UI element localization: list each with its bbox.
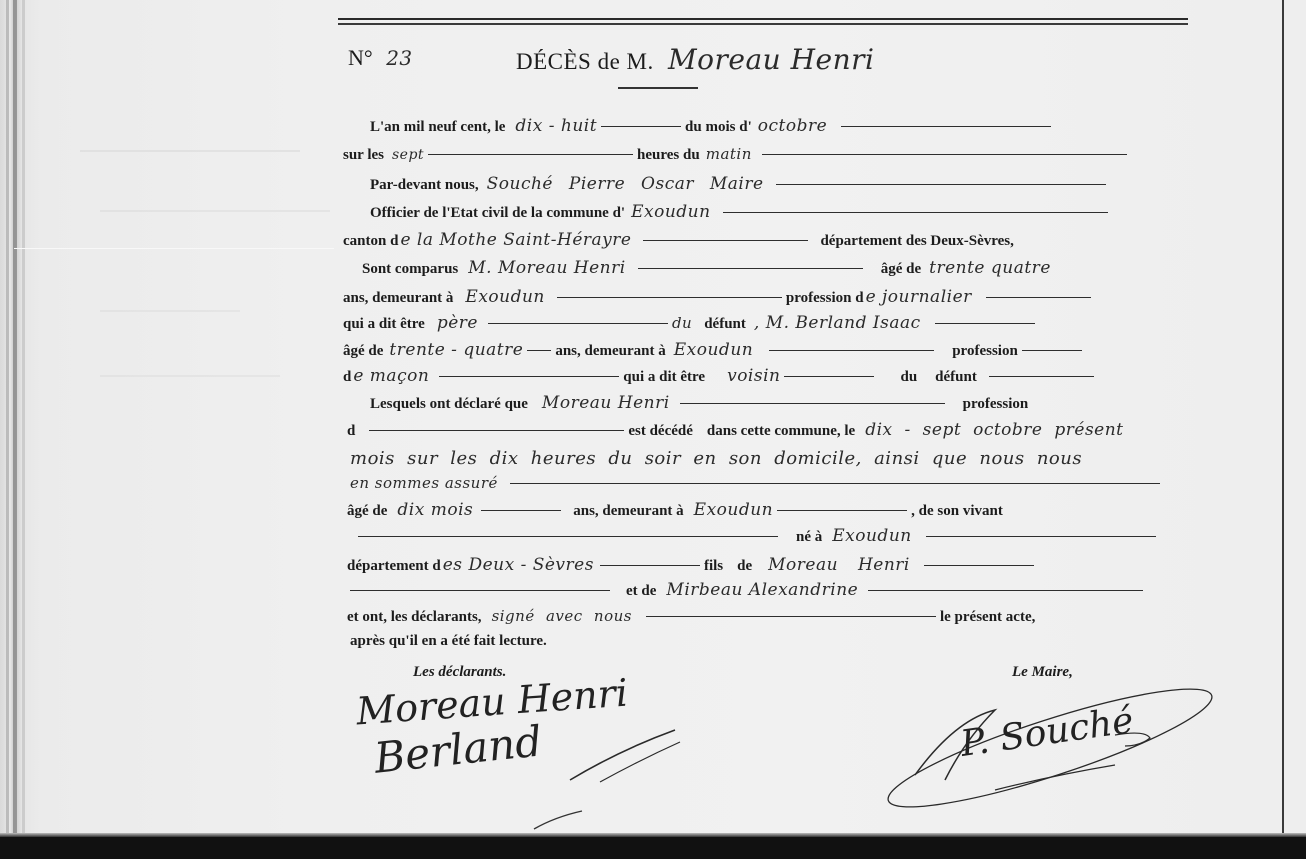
deceased-name: Moreau Henri — [668, 43, 874, 76]
form-line: qui a dit être père du défunt , M. Berla… — [343, 313, 1039, 333]
handwritten-day: dix - huit — [515, 116, 597, 136]
printed-text: qui a dit être — [623, 369, 705, 386]
signature-flourish — [530, 805, 590, 835]
handwritten-residence: Exoudun — [465, 287, 544, 307]
printed-text: qui a dit être — [343, 316, 425, 333]
printed-text: sur les — [343, 147, 384, 164]
printed-text: d — [343, 369, 351, 386]
printed-text: défunt — [935, 369, 977, 386]
form-line: et de Mirbeau Alexandrine — [350, 580, 1147, 600]
printed-text: L'an mil neuf cent, le — [370, 119, 505, 136]
form-line: département d es Deux - Sèvres fils de M… — [347, 555, 1038, 575]
printed-text: Lesquels ont déclaré que — [370, 396, 528, 413]
handwritten-deceased-name: Moreau Henri — [542, 393, 670, 413]
binding-edge — [13, 0, 17, 839]
form-line: âgé de dix mois ans, demeurant à Exoudun… — [347, 500, 1003, 520]
form-line: d e maçon qui a dit être voisin du défun… — [343, 366, 1098, 386]
handwritten-department: es Deux - Sèvres — [443, 555, 594, 575]
handwritten-hour: sept — [392, 147, 424, 163]
handwritten-declarant-1: M. Moreau Henri — [468, 258, 625, 278]
bleed-through-text — [100, 375, 280, 377]
printed-text: défunt — [704, 316, 746, 333]
printed-text: profession d — [786, 290, 864, 307]
form-line: ans, demeurant à Exoudun profession d e … — [343, 287, 1095, 307]
printed-text: profession — [952, 343, 1018, 360]
form-line: mois sur les dix heures du soir en son d… — [350, 448, 1082, 469]
form-line: âgé de trente - quatre ans, demeurant à … — [343, 340, 1086, 360]
handwritten-death-details: en sommes assuré — [350, 474, 498, 492]
scanned-register-page: N° 23 DÉCÈS de M. Moreau Henri L'an mil … — [0, 0, 1306, 859]
handwritten-death-date: dix - sept octobre présent — [865, 420, 1123, 440]
form-line: Lesquels ont déclaré que Moreau Henri pr… — [370, 393, 1028, 413]
handwritten-mother: Mirbeau Alexandrine — [666, 580, 858, 600]
scan-bottom-edge — [0, 837, 1306, 859]
printed-text: Sont comparus — [362, 261, 458, 278]
signature-flourish — [560, 720, 690, 790]
handwritten-age: trente quatre — [929, 258, 1051, 278]
handwritten-profession: e journalier — [866, 287, 972, 307]
handwritten-month: octobre — [758, 116, 827, 136]
form-line: et ont, les déclarants, signé avec nous … — [347, 607, 1035, 626]
bleed-through-text — [100, 210, 330, 212]
printed-text: est décédé — [628, 423, 693, 440]
bleed-through-text — [80, 150, 300, 152]
form-line: L'an mil neuf cent, le dix - huit du moi… — [370, 116, 1055, 136]
form-line: Officier de l'Etat civil de la commune d… — [370, 202, 1112, 222]
form-line: sur les sept heures du matin — [343, 145, 1131, 164]
handwritten-age: trente - quatre — [389, 340, 523, 360]
printed-text: Officier de l'Etat civil de la commune d… — [370, 205, 625, 222]
printed-text: âgé de — [343, 343, 383, 360]
handwritten-residence: Exoudun — [694, 500, 773, 520]
declarants-label: Les déclarants. — [413, 664, 506, 681]
title-underline — [618, 87, 698, 89]
form-line: né à Exoudun — [358, 526, 1160, 546]
printed-text: d — [347, 423, 355, 440]
binding-edge — [6, 0, 9, 839]
number-label: N° — [348, 45, 373, 70]
printed-text: âgé de — [881, 261, 921, 278]
printed-text: du — [900, 369, 917, 386]
handwritten-relation: voisin — [727, 366, 780, 386]
act-number: N° 23 — [348, 45, 413, 71]
handwritten-father: Moreau Henri — [768, 555, 910, 575]
handwritten-deceased-age: dix mois — [397, 500, 473, 520]
printed-text: âgé de — [347, 503, 387, 520]
printed-text: département d — [347, 558, 441, 575]
handwritten-death-details: mois sur les dix heures du soir en son d… — [350, 448, 1082, 469]
form-line: canton d e la Mothe Saint-Hérayre départ… — [343, 230, 1014, 250]
bleed-through-text — [100, 310, 240, 312]
printed-text: fils — [704, 558, 723, 575]
printed-text: né à — [796, 529, 822, 546]
right-margin-rule — [1282, 0, 1284, 836]
binding-edge — [22, 0, 25, 839]
printed-text: heures du — [637, 147, 700, 164]
handwritten-commune: Exoudun — [631, 202, 710, 222]
form-line: Sont comparus M. Moreau Henri âgé de tre… — [362, 258, 1051, 278]
handwritten-relation: père — [437, 313, 478, 333]
form-line: d est décédé dans cette commune, le dix … — [347, 420, 1124, 440]
handwritten-profession: e maçon — [353, 366, 429, 386]
top-double-rule — [338, 18, 1188, 20]
printed-text: Par-devant nous, — [370, 177, 479, 194]
handwritten-declarant-2: , M. Berland Isaac — [754, 313, 921, 333]
printed-text: de — [737, 558, 752, 575]
printed-text: , de son vivant — [911, 503, 1003, 520]
printed-text: ans, demeurant à — [343, 290, 453, 307]
handwritten-signed-with-us: signé avec nous — [492, 607, 632, 625]
printed-text: du mois d' — [685, 119, 752, 136]
printed-text: canton d — [343, 233, 398, 250]
printed-text: ans, demeurant à — [555, 343, 665, 360]
printed-text: et ont, les déclarants, — [347, 609, 482, 626]
handwritten-text: du — [672, 314, 692, 332]
printed-text: et de — [626, 583, 656, 600]
number-value: 23 — [386, 46, 412, 70]
handwritten-canton: e la Mothe Saint-Hérayre — [400, 230, 631, 250]
handwritten-time-of-day: matin — [706, 145, 752, 163]
form-line: après qu'il en a été fait lecture. — [350, 633, 547, 650]
printed-text: ans, demeurant à — [573, 503, 683, 520]
printed-text: profession — [963, 396, 1029, 413]
mayor-label: Le Maire, — [1012, 664, 1073, 681]
handwritten-birthplace: Exoudun — [832, 526, 911, 546]
form-line: Par-devant nous, Souché Pierre Oscar Mai… — [370, 174, 1110, 194]
printed-text: après qu'il en a été fait lecture. — [350, 633, 547, 650]
form-line: en sommes assuré — [350, 474, 1164, 492]
title-prefix: DÉCÈS de M. — [516, 49, 654, 74]
printed-text: le présent acte, — [940, 609, 1035, 626]
handwritten-officer: Souché Pierre Oscar Maire — [487, 174, 764, 194]
top-double-rule — [338, 23, 1188, 25]
printed-text: département des Deux-Sèvres, — [820, 233, 1013, 250]
page-title: DÉCÈS de M. Moreau Henri — [516, 43, 874, 76]
printed-text: dans cette commune, le — [707, 423, 855, 440]
handwritten-residence: Exoudun — [674, 340, 753, 360]
page-crease — [14, 248, 334, 249]
